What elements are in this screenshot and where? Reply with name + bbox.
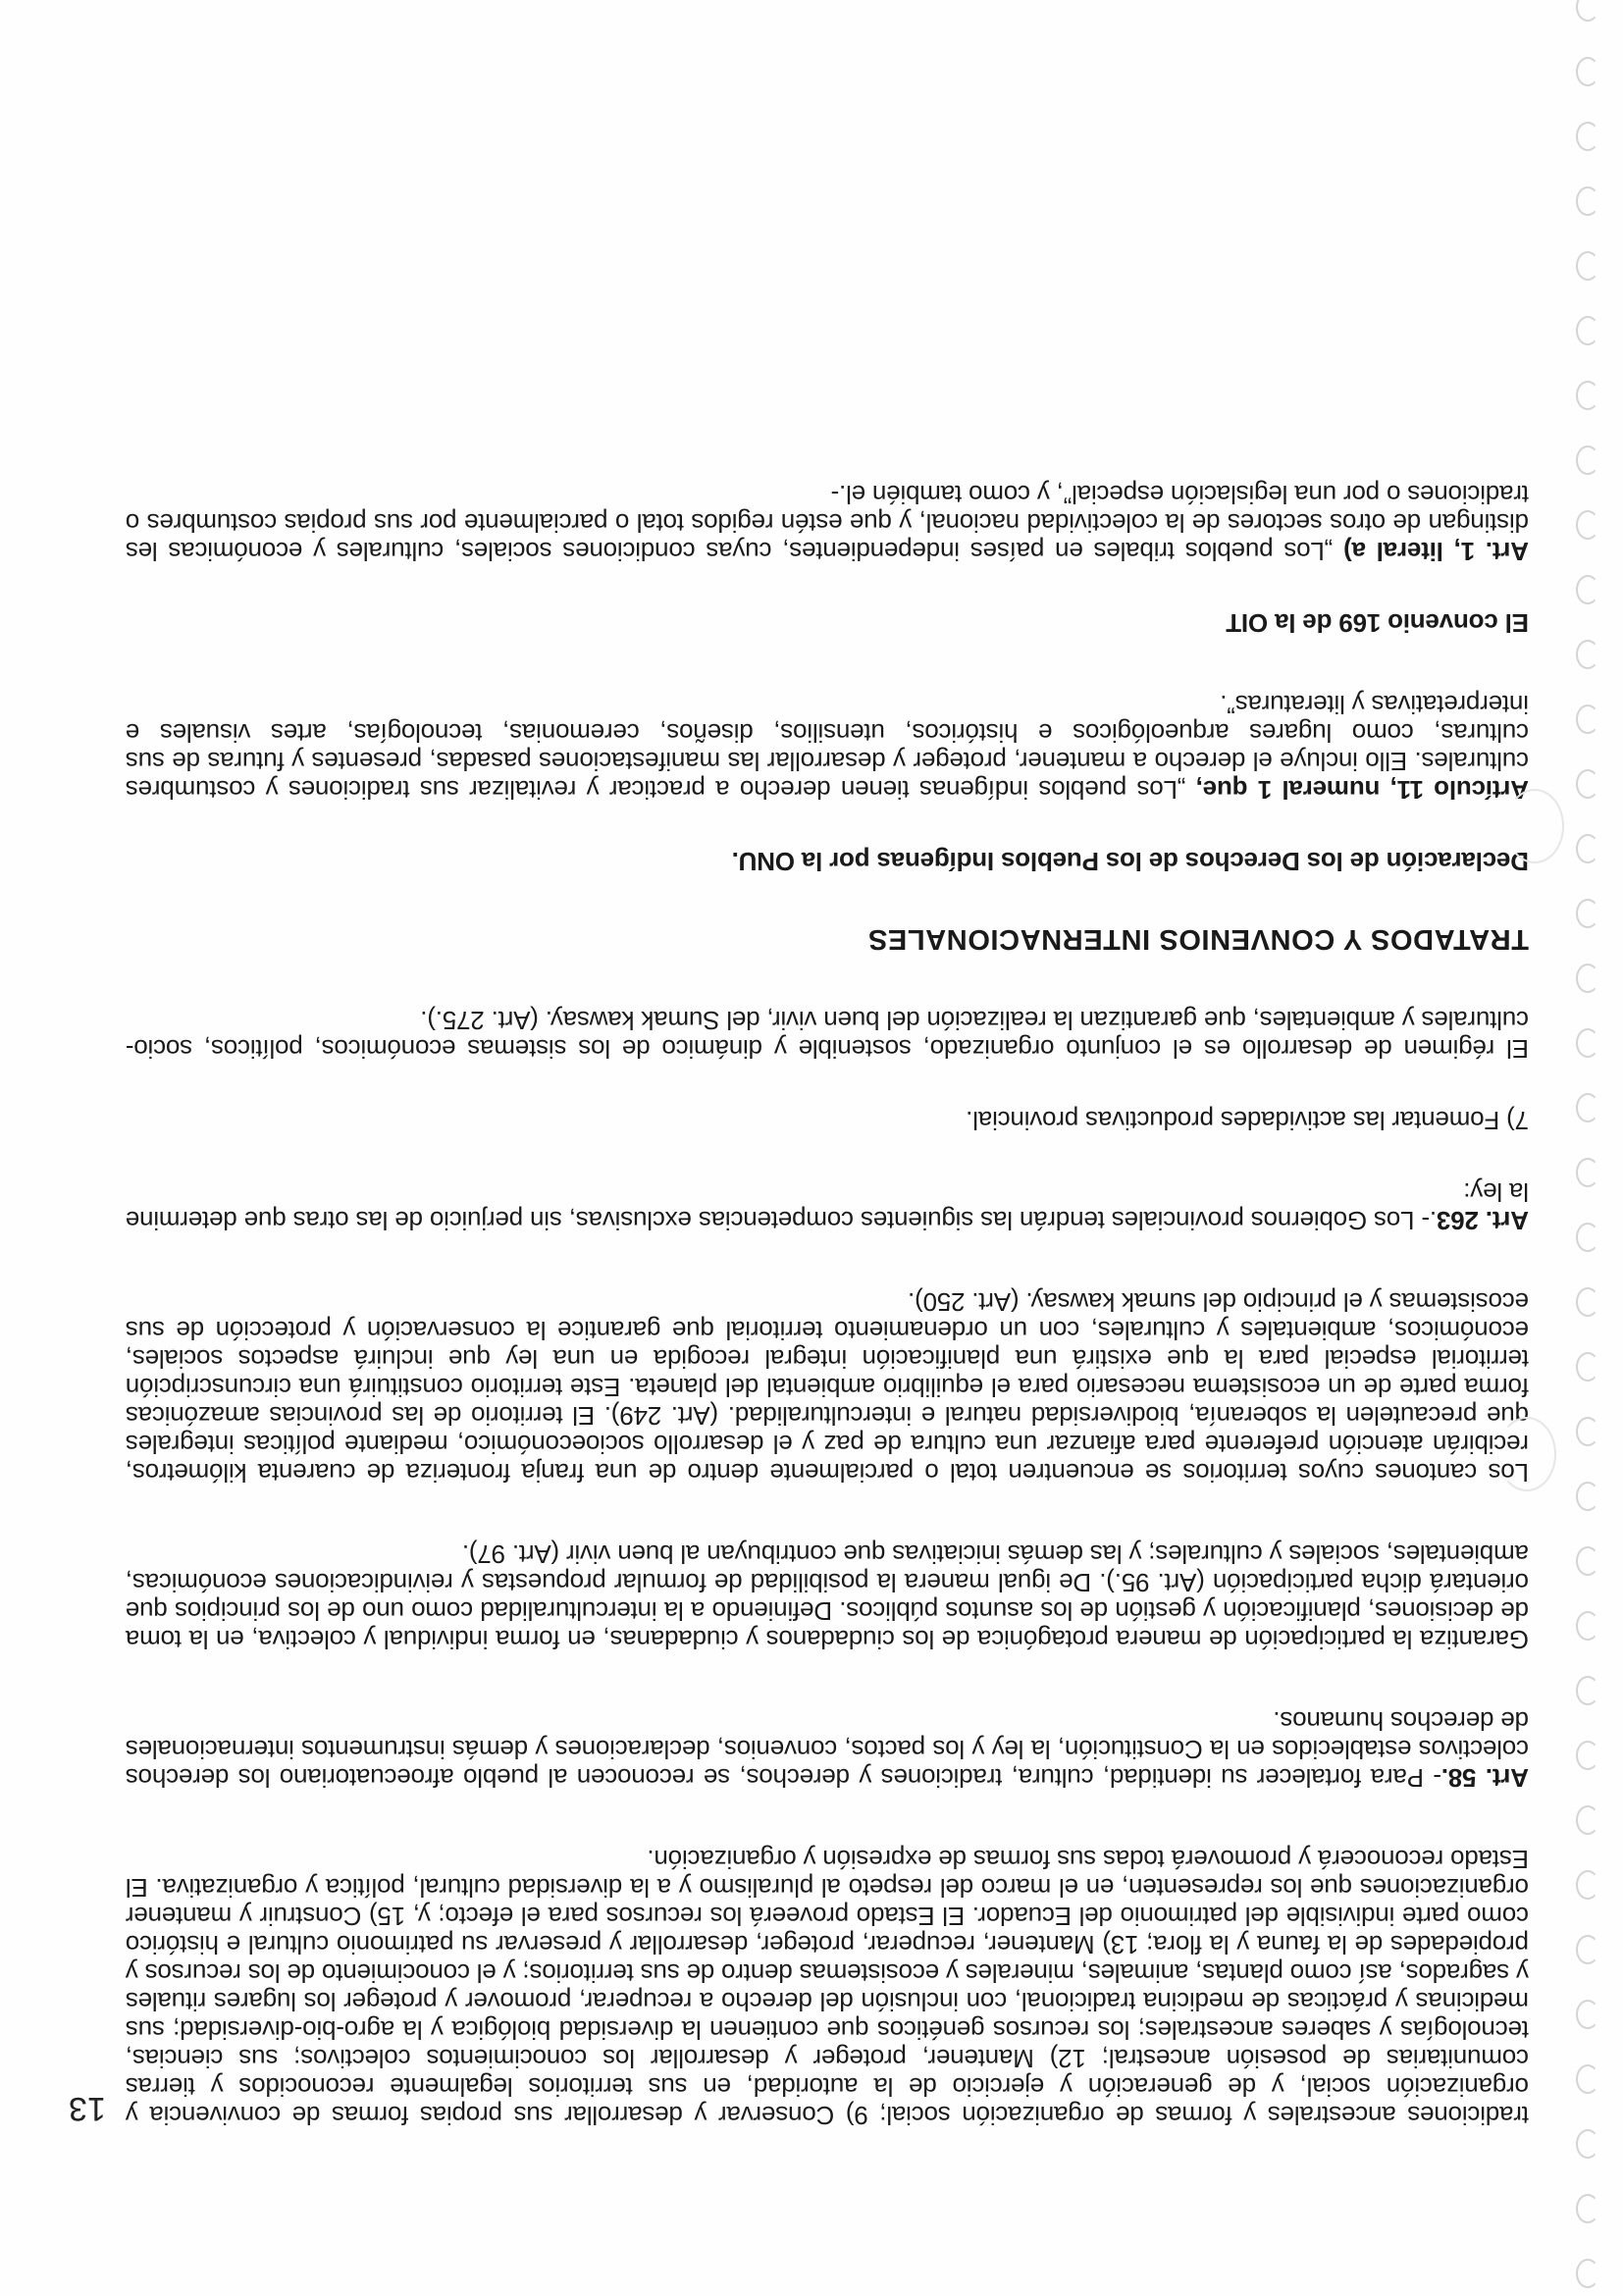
binder-hole [1576, 1546, 1599, 1576]
binder-hole [1576, 1028, 1599, 1058]
scanned-page: 13 tradiciones ancestrales y formas de o… [0, 0, 1623, 2296]
document-body: tradiciones ancestrales y formas de orga… [126, 427, 1529, 2129]
binder-hole [1576, 834, 1599, 863]
binder-hole [1576, 316, 1599, 345]
page-number: 13 [69, 2089, 106, 2127]
paragraph-art263: Art. 263.- Los Gobiernos provinciales te… [126, 1177, 1529, 1234]
binder-hole [1576, 251, 1599, 281]
binder-hole [1576, 1223, 1599, 1252]
binder-hole [1576, 445, 1599, 475]
punch-ring [1497, 1417, 1556, 1491]
binder-hole [1576, 1741, 1599, 1770]
binder-hole [1576, 1352, 1599, 1382]
paragraph-art57-continuation: tradiciones ancestrales y formas de orga… [126, 1845, 1529, 2129]
punch-ring [1505, 789, 1564, 863]
binder-hole [1576, 122, 1599, 151]
binder-hole [1576, 1805, 1599, 1835]
binder-hole [1576, 2064, 1599, 2094]
binder-hole [1576, 1870, 1599, 1900]
binder-hole [1576, 1287, 1599, 1317]
article-lead: Art. 1, literal a) [1343, 537, 1529, 566]
binder-hole [1576, 381, 1599, 410]
paragraph-art275: El régimen de desarrollo es el conjunto … [126, 1006, 1529, 1063]
binder-hole [1576, 2000, 1599, 2029]
section-heading: TRATADOS Y CONVENIOS INTERNACIONALES [126, 924, 1529, 953]
binder-hole [1576, 2259, 1599, 2288]
paragraph-art58: Art. 58.- Para fortalecer su identidad, … [126, 1706, 1529, 1792]
paragraph-onu-art11: Artículo 11, numeral 1 que, „Los pueblos… [126, 690, 1529, 804]
binder-hole [1576, 1482, 1599, 1511]
binder-hole [1576, 704, 1599, 734]
paragraph-art95-97: Garantiza la participación de manera pro… [126, 1539, 1529, 1653]
binder-hole [1576, 1158, 1599, 1187]
oit-heading: El convenio 169 de la OIT [126, 608, 1529, 637]
binder-hole [1576, 964, 1599, 993]
article-lead: Artículo 11, numeral 1 que, [1196, 775, 1529, 805]
binder-hole [1576, 1611, 1599, 1641]
article-lead: Art. 263 [1437, 1206, 1529, 1235]
binder-hole [1576, 769, 1599, 799]
binder-hole [1576, 57, 1599, 86]
article-lead: Art. 58. [1441, 1763, 1529, 1793]
binder-hole [1576, 899, 1599, 928]
binder-hole [1576, 0, 1599, 22]
binder-hole [1576, 510, 1599, 540]
binder-hole [1576, 1676, 1599, 1705]
paragraph-art263-item7: 7) Fomentar las actividades productivas … [126, 1106, 1529, 1134]
onu-heading: Declaración de los Derechos de los Puebl… [126, 847, 1529, 875]
binder-hole [1576, 1417, 1599, 1446]
paragraph-text: - Para fortalecer su identidad, cultura,… [126, 1706, 1529, 1793]
binder-hole [1576, 2129, 1599, 2159]
binder-hole [1576, 1935, 1599, 1964]
binder-hole [1576, 640, 1599, 669]
paragraph-text: .- Los Gobiernos provinciales tendrán la… [126, 1177, 1529, 1235]
binder-hole [1576, 575, 1599, 604]
paragraph-oit-art1: Art. 1, literal a) „Los pueblos tribales… [126, 480, 1529, 565]
binder-hole [1576, 2194, 1599, 2223]
binder-holes [1570, 0, 1609, 2296]
binder-hole [1576, 1093, 1599, 1122]
paragraph-art249-250: Los cantones cuyos territorios se encuen… [126, 1287, 1529, 1487]
binder-hole [1576, 186, 1599, 216]
paragraph-text: „Los pueblos tribales en países independ… [126, 480, 1529, 566]
